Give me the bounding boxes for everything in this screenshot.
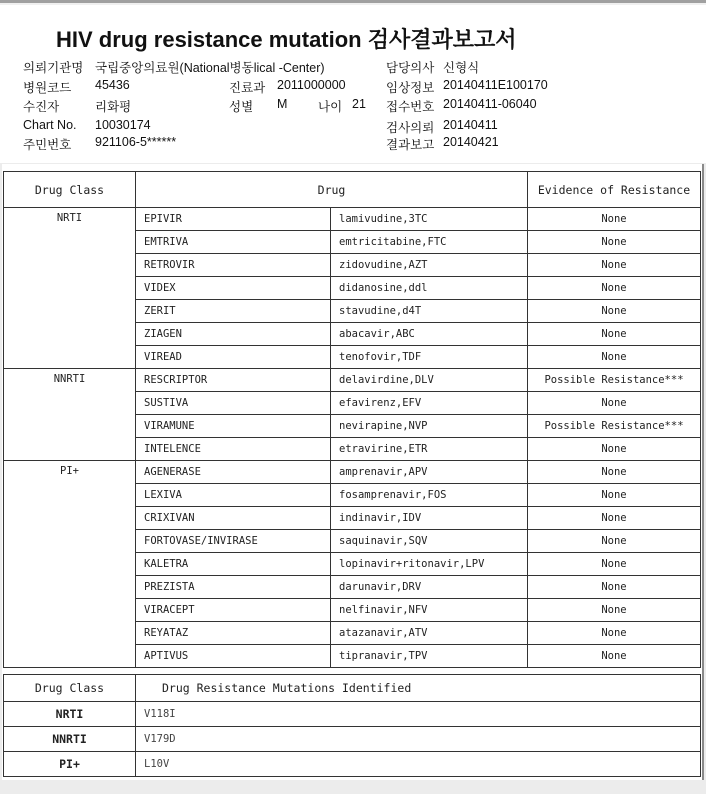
brand-cell: EPIVIR xyxy=(136,208,331,231)
age-value: 21 xyxy=(352,97,366,111)
request-label: 검사의뢰 xyxy=(386,118,434,136)
brand-cell: VIDEX xyxy=(136,277,331,300)
generic-cell: fosamprenavir,FOS xyxy=(331,484,528,507)
header-drug-class: Drug Class xyxy=(4,172,136,208)
age-label: 나이 xyxy=(318,97,342,115)
brand-cell: INTELENCE xyxy=(136,438,331,461)
generic-cell: amprenavir,APV xyxy=(331,461,528,484)
mutation-cell: V118I xyxy=(136,702,701,727)
generic-cell: didanosine,ddl xyxy=(331,277,528,300)
brand-cell: KALETRA xyxy=(136,553,331,576)
table-row: NNRTI RESCRIPTOR delavirdine,DLV Possibl… xyxy=(4,369,701,392)
chart-value: 10030174 xyxy=(95,118,151,132)
brand-cell: APTIVUS xyxy=(136,645,331,668)
hospital-code-label: 병원코드 xyxy=(23,78,71,96)
class-cell: NNRTI xyxy=(4,369,136,461)
generic-cell: indinavir,IDV xyxy=(331,507,528,530)
evidence-cell: None xyxy=(528,576,701,599)
generic-cell: nevirapine,NVP xyxy=(331,415,528,438)
sex-label: 성별 xyxy=(229,97,253,115)
evidence-cell: None xyxy=(528,346,701,369)
institution-label: 의뢰기관명 xyxy=(23,58,83,76)
header-drug: Drug xyxy=(136,172,528,208)
doctor-label: 담당의사 xyxy=(386,58,434,76)
evidence-cell: None xyxy=(528,484,701,507)
generic-cell: emtricitabine,FTC xyxy=(331,231,528,254)
institution-value: 국립중앙의료원(National병동lical -Center) xyxy=(95,58,325,76)
header-drug-class: Drug Class xyxy=(4,675,136,702)
evidence-cell: None xyxy=(528,622,701,645)
brand-cell: RESCRIPTOR xyxy=(136,369,331,392)
evidence-cell: None xyxy=(528,277,701,300)
class-cell: NNRTI xyxy=(4,727,136,752)
resident-value: 921106-5****** xyxy=(95,135,176,149)
evidence-cell: None xyxy=(528,231,701,254)
evidence-cell: Possible Resistance*** xyxy=(528,415,701,438)
generic-cell: stavudine,d4T xyxy=(331,300,528,323)
doctor-value: 신형식 xyxy=(443,58,479,76)
evidence-cell: None xyxy=(528,530,701,553)
evidence-cell: None xyxy=(528,553,701,576)
evidence-cell: None xyxy=(528,599,701,622)
generic-cell: lamivudine,3TC xyxy=(331,208,528,231)
resistance-table: Drug Class Drug Evidence of Resistance N… xyxy=(3,171,701,668)
sex-value: M xyxy=(277,97,287,111)
mutation-cell: V179D xyxy=(136,727,701,752)
mutation-table: Drug Class Drug Resistance Mutations Ide… xyxy=(3,674,701,777)
class-cell: PI+ xyxy=(4,752,136,777)
patient-label: 수진자 xyxy=(23,97,59,115)
table-row: NRTI V118I xyxy=(4,702,701,727)
brand-cell: CRIXIVAN xyxy=(136,507,331,530)
generic-cell: atazanavir,ATV xyxy=(331,622,528,645)
generic-cell: tipranavir,TPV xyxy=(331,645,528,668)
header-mutations: Drug Resistance Mutations Identified xyxy=(136,675,701,702)
brand-cell: ZIAGEN xyxy=(136,323,331,346)
report-header: HIV drug resistance mutation 검사결과보고서 의뢰기… xyxy=(0,5,706,163)
evidence-cell: Possible Resistance*** xyxy=(528,369,701,392)
page-title: HIV drug resistance mutation 검사결과보고서 xyxy=(56,23,517,54)
brand-cell: EMTRIVA xyxy=(136,231,331,254)
evidence-cell: None xyxy=(528,645,701,668)
evidence-cell: None xyxy=(528,392,701,415)
brand-cell: ZERIT xyxy=(136,300,331,323)
header-evidence: Evidence of Resistance xyxy=(528,172,701,208)
evidence-cell: None xyxy=(528,300,701,323)
dept-label: 진료과 xyxy=(229,78,265,96)
brand-cell: REYATAZ xyxy=(136,622,331,645)
class-cell: NRTI xyxy=(4,702,136,727)
footer-strip xyxy=(0,780,706,794)
class-cell: PI+ xyxy=(4,461,136,668)
evidence-cell: None xyxy=(528,461,701,484)
brand-cell: AGENERASE xyxy=(136,461,331,484)
brand-cell: RETROVIR xyxy=(136,254,331,277)
table-row: NNRTI V179D xyxy=(4,727,701,752)
brand-cell: SUSTIVA xyxy=(136,392,331,415)
table-row: PI+ AGENERASE amprenavir,APV None xyxy=(4,461,701,484)
chart-label: Chart No. xyxy=(23,118,77,132)
patient-value: 리화평 xyxy=(95,97,131,115)
generic-cell: lopinavir+ritonavir,LPV xyxy=(331,553,528,576)
generic-cell: darunavir,DRV xyxy=(331,576,528,599)
brand-cell: PREZISTA xyxy=(136,576,331,599)
report-label: 결과보고 xyxy=(386,135,434,153)
brand-cell: VIRAMUNE xyxy=(136,415,331,438)
generic-cell: saquinavir,SQV xyxy=(331,530,528,553)
receipt-label: 접수번호 xyxy=(386,97,434,115)
generic-cell: etravirine,ETR xyxy=(331,438,528,461)
class-cell: NRTI xyxy=(4,208,136,369)
evidence-cell: None xyxy=(528,323,701,346)
clinical-label: 임상정보 xyxy=(386,78,434,96)
table-row: NRTI EPIVIR lamivudine,3TC None xyxy=(4,208,701,231)
dept-value: 2011000000 xyxy=(277,78,346,92)
receipt-value: 20140411-06040 xyxy=(443,97,537,111)
generic-cell: efavirenz,EFV xyxy=(331,392,528,415)
request-value: 20140411 xyxy=(443,118,498,132)
brand-cell: VIRACEPT xyxy=(136,599,331,622)
generic-cell: abacavir,ABC xyxy=(331,323,528,346)
mutation-cell: L10V xyxy=(136,752,701,777)
evidence-cell: None xyxy=(528,507,701,530)
generic-cell: zidovudine,AZT xyxy=(331,254,528,277)
resident-label: 주민번호 xyxy=(23,135,71,153)
evidence-cell: None xyxy=(528,438,701,461)
evidence-cell: None xyxy=(528,254,701,277)
evidence-cell: None xyxy=(528,208,701,231)
generic-cell: delavirdine,DLV xyxy=(331,369,528,392)
brand-cell: VIREAD xyxy=(136,346,331,369)
table-row: PI+ L10V xyxy=(4,752,701,777)
report-value: 20140421 xyxy=(443,135,499,149)
generic-cell: tenofovir,TDF xyxy=(331,346,528,369)
clinical-value: 20140411E100170 xyxy=(443,78,548,92)
generic-cell: nelfinavir,NFV xyxy=(331,599,528,622)
hospital-code-value: 45436 xyxy=(95,78,130,92)
brand-cell: LEXIVA xyxy=(136,484,331,507)
brand-cell: FORTOVASE/INVIRASE xyxy=(136,530,331,553)
